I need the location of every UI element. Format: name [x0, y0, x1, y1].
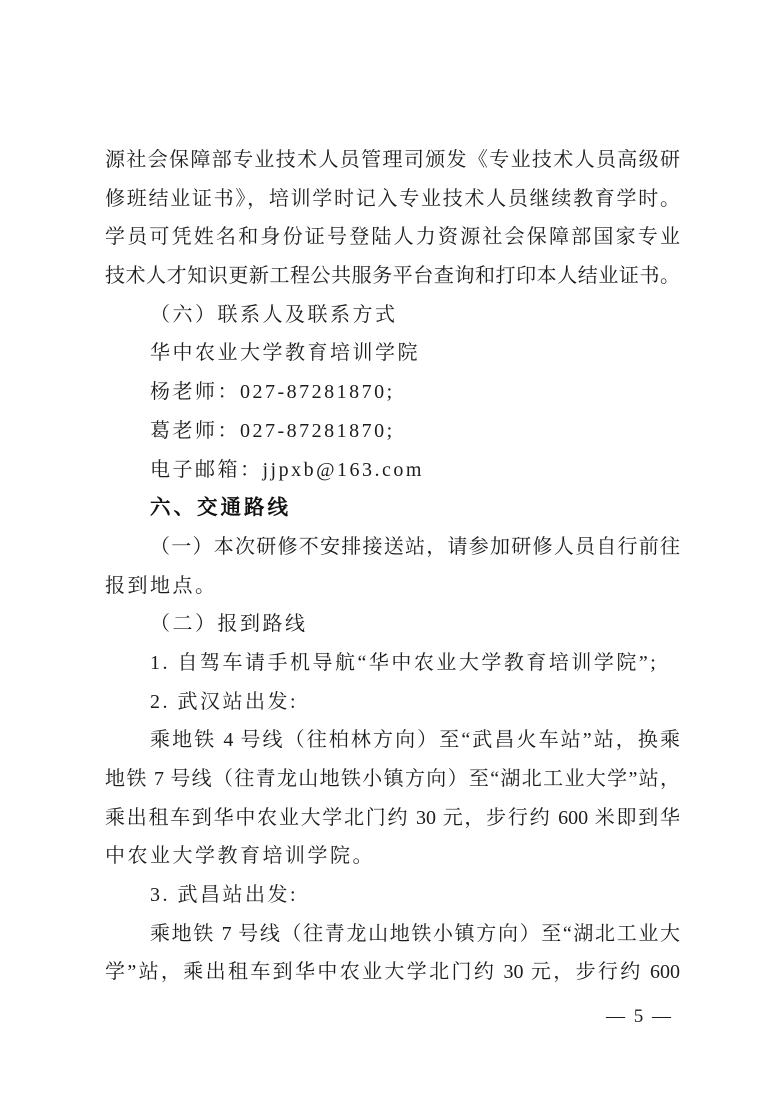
paragraph-certificate-line: 学员可凭姓名和身份证号登陆人力资源社会保障部国家专业 [105, 218, 680, 257]
contact-email-line: 电子邮箱：jjpxb@163.com [105, 451, 680, 490]
route-wuchang-station-line: 学”站，乘出租车到华中农业大学北门约 30 元，步行约 600 [105, 953, 680, 992]
paragraph-certificate-line: 修班结业证书》，培训学时记入专业技术人员继续教育学时。 [105, 180, 680, 219]
route-wuchang-station-heading: 3. 武昌站出发: [105, 876, 680, 915]
subsection-contact-heading: （六）联系人及联系方式 [105, 296, 680, 335]
paragraph-certificate-line: 技术人才知识更新工程公共服务平台查询和打印本人结业证书。 [105, 257, 680, 296]
route-wuhan-station-line: 乘出租车到华中农业大学北门约 30 元，步行约 600 米即到华 [105, 799, 680, 838]
route-wuchang-station-line: 乘地铁 7 号线（往青龙山地铁小镇方向）至“湖北工业大 [105, 915, 680, 954]
route-wuhan-station-heading: 2. 武汉站出发: [105, 683, 680, 722]
contact-organization-line: 华中农业大学教育培训学院 [105, 334, 680, 373]
subsection-route-heading: （二）报到路线 [105, 605, 680, 644]
paragraph-no-pickup-line: 报到地点。 [105, 567, 680, 606]
route-wuhan-station-line: 乘地铁 4 号线（往柏林方向）至“武昌火车站”站，换乘 [105, 721, 680, 760]
paragraph-no-pickup-line: （一）本次研修不安排接送站，请参加研修人员自行前往 [105, 528, 680, 567]
section-heading-transport: 六、交通路线 [105, 489, 680, 528]
route-wuhan-station-line: 中农业大学教育培训学院。 [105, 837, 680, 876]
document-text-block: 源社会保障部专业技术人员管理司颁发《专业技术人员高级研 修班结业证书》，培训学时… [105, 141, 680, 992]
page-number: — 5 — [606, 1003, 673, 1031]
route-wuhan-station-line: 地铁 7 号线（往青龙山地铁小镇方向）至“湖北工业大学”站， [105, 760, 680, 799]
document-page: 源社会保障部专业技术人员管理司颁发《专业技术人员高级研 修班结业证书》，培训学时… [0, 0, 783, 1112]
contact-phone-ge-line: 葛老师：027-87281870; [105, 412, 680, 451]
paragraph-certificate-line: 源社会保障部专业技术人员管理司颁发《专业技术人员高级研 [105, 141, 680, 180]
contact-phone-yang-line: 杨老师：027-87281870; [105, 373, 680, 412]
route-self-driving-line: 1. 自驾车请手机导航“华中农业大学教育培训学院”; [105, 644, 680, 683]
